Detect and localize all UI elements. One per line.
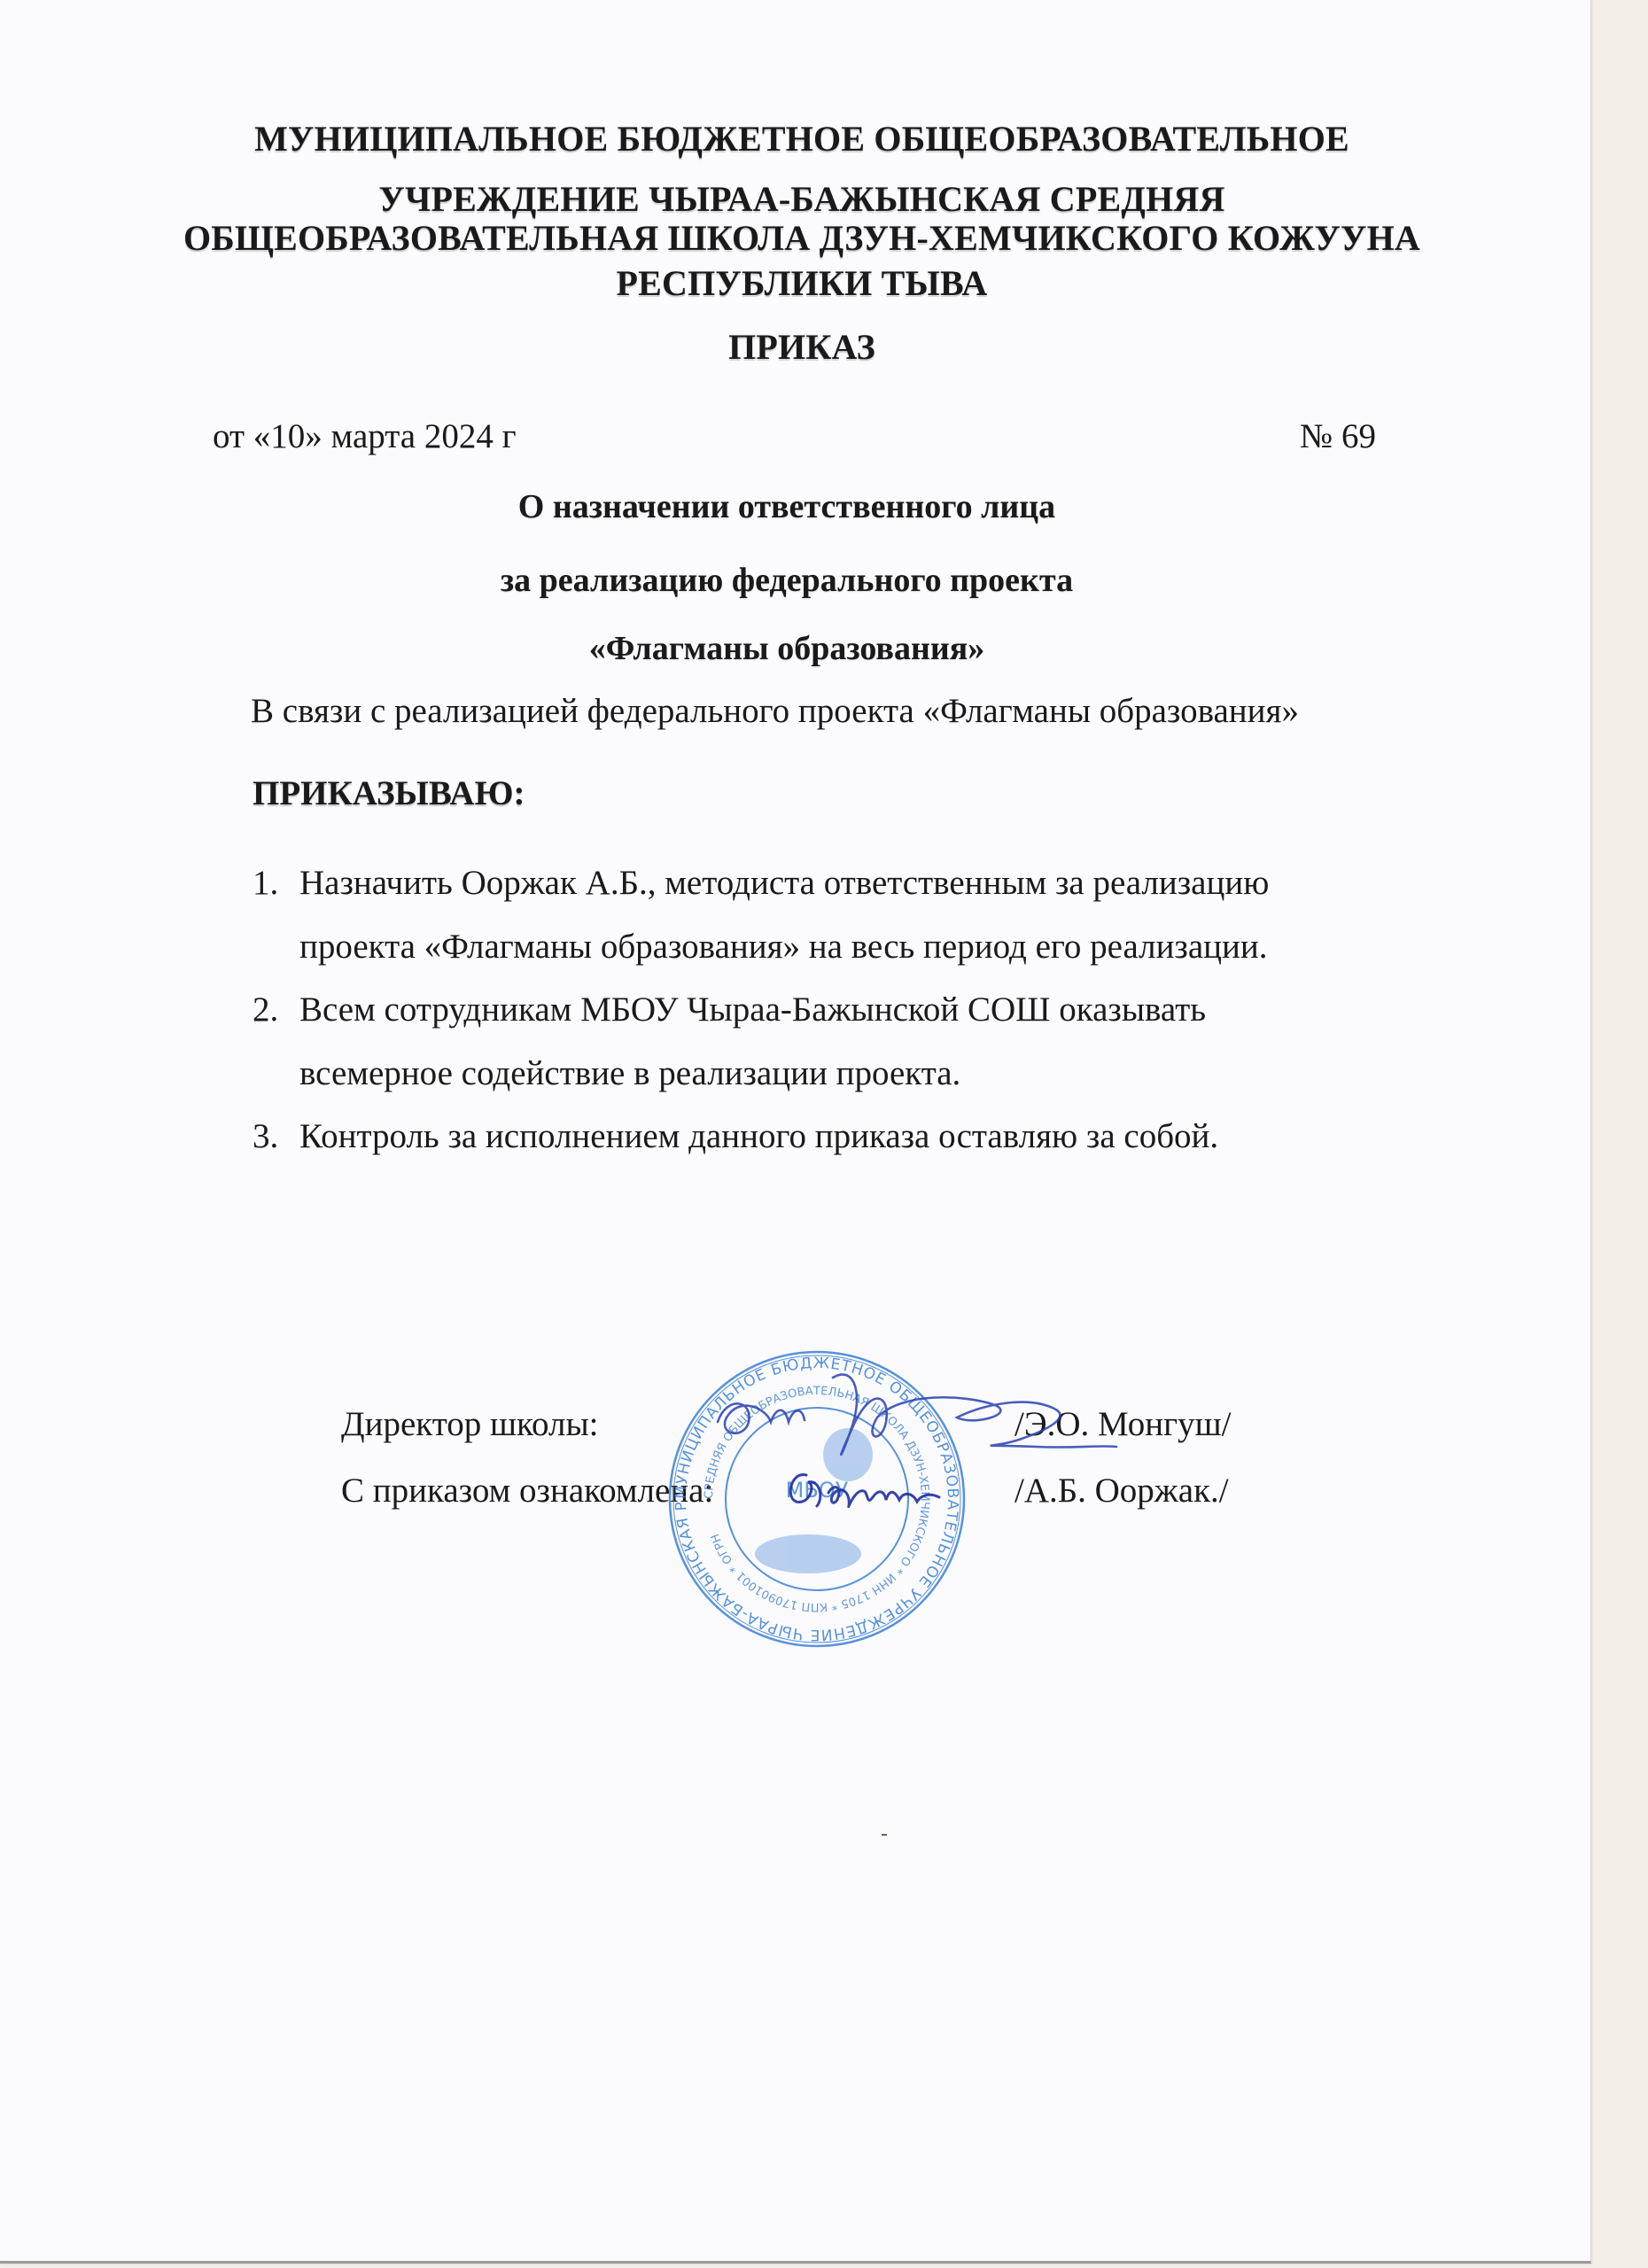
item-number: 1. <box>253 863 278 903</box>
item-text-line: проекта «Флагманы образования» на весь п… <box>299 927 1268 967</box>
order-title-line-2: за реализацию федерального проекта <box>0 561 1611 600</box>
org-name-line-2: УЧРЕЖДЕНИЕ ЧЫРАА-БАЖЫНСКАЯ СРЕДНЯЯ <box>0 178 1626 220</box>
order-title-line-3: «Флагманы образования» <box>0 629 1611 668</box>
order-heading: ПРИКАЗЫВАЮ: <box>253 773 525 813</box>
order-title-line-1: О назначении ответственного лица <box>0 487 1611 526</box>
director-label: Директор школы: <box>341 1404 598 1444</box>
document-page: МУНИЦИПАЛЬНОЕ БЮДЖЕТНОЕ ОБЩЕОБРАЗОВАТЕЛЬ… <box>0 0 1591 2264</box>
acknowledged-name: /А.Б. Ооржак./ <box>1014 1471 1229 1511</box>
item-number: 3. <box>253 1116 278 1156</box>
item-text-line: Назначить Ооржак А.Б., методиста ответст… <box>299 863 1269 903</box>
org-name-line-1: МУНИЦИПАЛЬНОЕ БЮДЖЕТНОЕ ОБЩЕОБРАЗОВАТЕЛЬ… <box>0 118 1626 159</box>
acknowledged-label: С приказом ознакомлена: <box>341 1471 713 1511</box>
item-text-line: Всем сотрудникам МБОУ Чыраа-Бажынской СО… <box>299 990 1206 1029</box>
org-name-line-3: ОБЩЕОБРАЗОВАТЕЛЬНАЯ ШКОЛА ДЗУН-ХЕМЧИКСКО… <box>0 217 1626 259</box>
order-date: от «10» марта 2024 г <box>213 416 517 456</box>
item-text-line: Контроль за исполнением данного приказа … <box>299 1116 1218 1156</box>
document-type: ПРИКАЗ <box>0 326 1626 368</box>
item-text-line: всемерное содействие в реализации проект… <box>299 1053 960 1093</box>
acknowledged-signature-icon <box>780 1457 957 1519</box>
item-number: 2. <box>253 990 278 1029</box>
org-name-line-4: РЕСПУБЛИКИ ТЫВА <box>0 262 1626 304</box>
order-number: № 69 <box>1300 416 1376 456</box>
speck-mark <box>882 1834 887 1836</box>
preamble: В связи с реализацией федерального проек… <box>251 691 1299 731</box>
